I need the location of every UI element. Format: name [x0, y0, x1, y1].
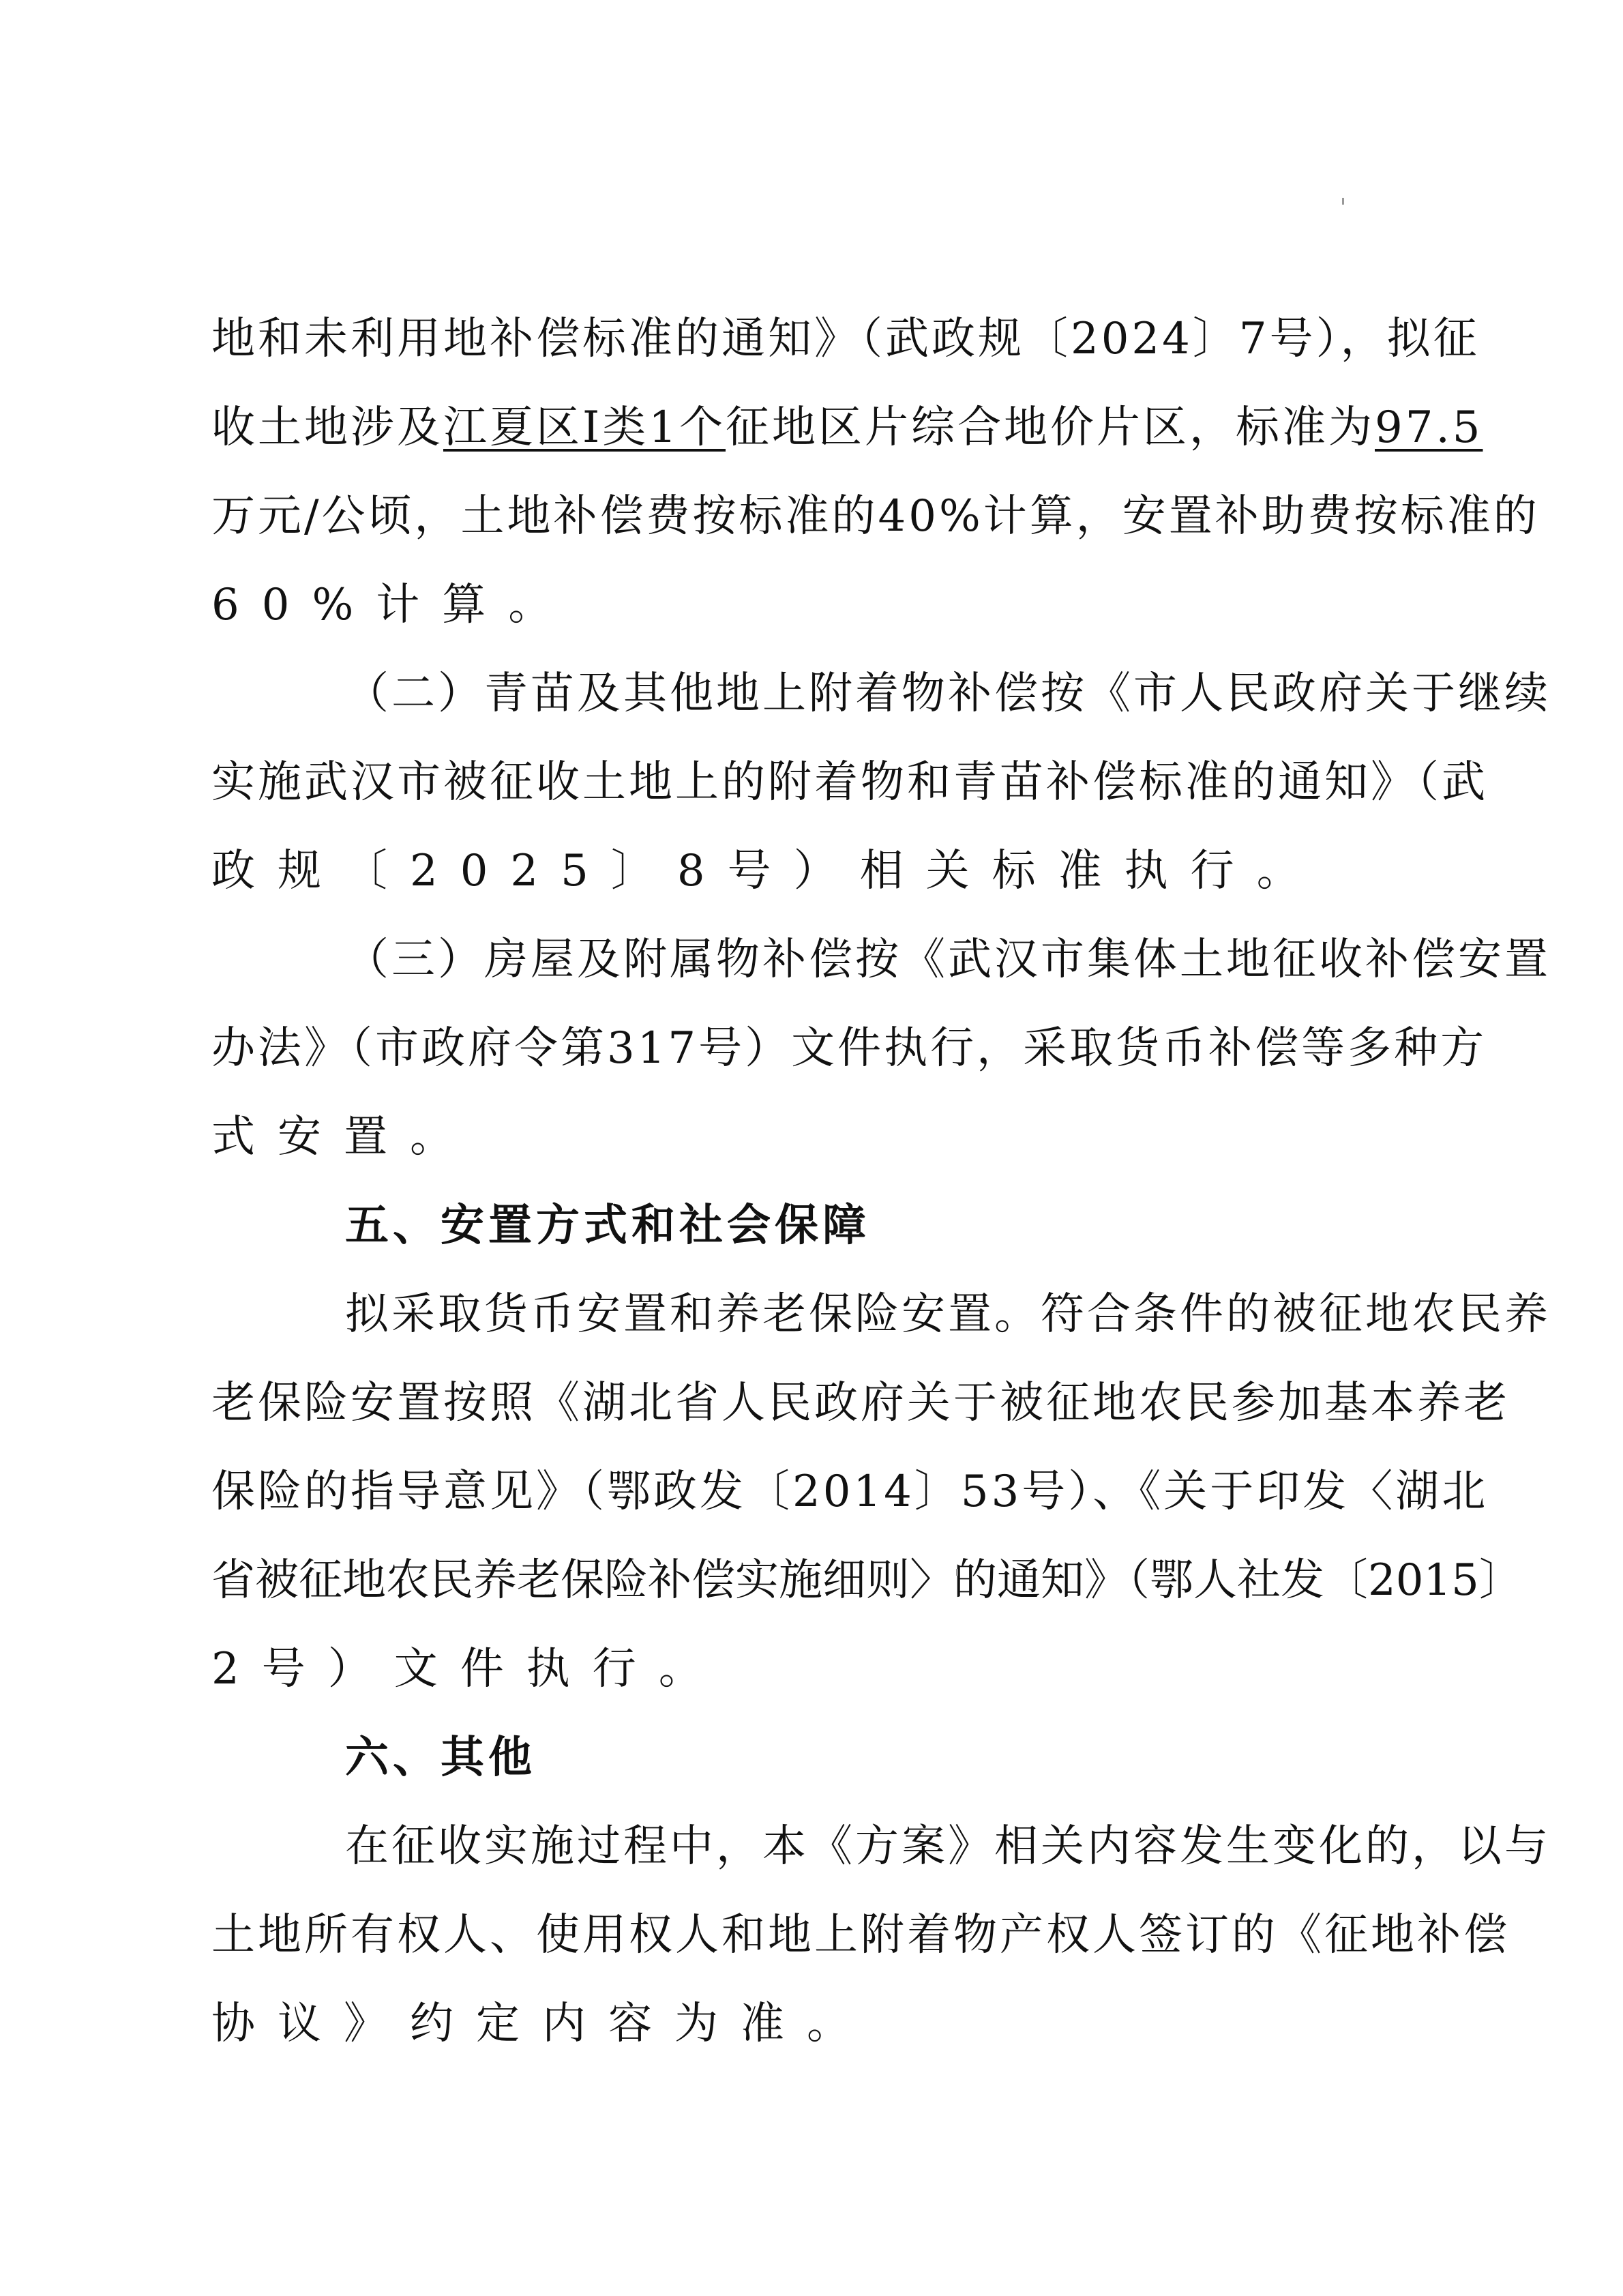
- paragraph-line: （三）房屋及附属物补偿按《武汉市集体土地征收补偿安置: [211, 915, 1424, 1004]
- scan-speck: [1342, 198, 1344, 205]
- paragraph-line: 实施武汉市被征收土地上的附着物和青苗补偿标准的通知》（武: [211, 738, 1424, 827]
- paragraph-line: 老保险安置按照《湖北省人民政府关于被征地农民参加基本养老: [211, 1359, 1424, 1447]
- section-heading-5: 五、安置方式和社会保障: [211, 1181, 1424, 1270]
- line-text: 征地区片综合地价片区，标准为: [726, 402, 1375, 453]
- line-text: 收土地涉及: [211, 402, 443, 453]
- paragraph-line: 政规〔2025〕8号）相关标准执行。: [211, 827, 1424, 915]
- paragraph-line: 2号）文件执行。: [211, 1625, 1424, 1713]
- paragraph-line: 省被征地农民养老保险补偿实施细则〉的通知》（鄂人社发〔2015〕: [211, 1536, 1424, 1625]
- paragraph-line-underlined: 收土地涉及江夏区Ⅰ类1个征地区片综合地价片区，标准为97.5: [211, 383, 1424, 472]
- paragraph-line: 地和未利用地补偿标准的通知》（武政规〔2024〕7号），拟征: [211, 295, 1424, 383]
- paragraph-line: （二）青苗及其他地上附着物补偿按《市人民政府关于继续: [211, 649, 1424, 738]
- section-heading-6: 六、其他: [211, 1713, 1424, 1802]
- paragraph-line: 土地所有权人、使用权人和地上附着物产权人签订的《征地补偿: [211, 1891, 1424, 1979]
- underlined-standard-value: 97.5: [1375, 402, 1483, 453]
- paragraph-line: 保险的指导意见》（鄂政发〔2014〕53号）、《关于印发〈湖北: [211, 1447, 1424, 1536]
- paragraph-line: 在征收实施过程中，本《方案》相关内容发生变化的，以与: [211, 1802, 1424, 1891]
- document-page: 地和未利用地补偿标准的通知》（武政规〔2024〕7号），拟征 收土地涉及江夏区Ⅰ…: [211, 295, 1424, 2068]
- paragraph-line: 式安置。: [211, 1093, 1424, 1181]
- paragraph-line: 办法》（市政府令第317号）文件执行，采取货币补偿等多种方: [211, 1004, 1424, 1093]
- paragraph-line: 60%计算。: [211, 561, 1424, 649]
- underlined-district-text: 江夏区Ⅰ类1个: [443, 402, 726, 453]
- paragraph-line: 拟采取货币安置和养老保险安置。符合条件的被征地农民养: [211, 1270, 1424, 1359]
- paragraph-line: 万元/公顷，土地补偿费按标准的40%计算，安置补助费按标准的: [211, 472, 1424, 561]
- scan-speck: [956, 1569, 958, 1576]
- paragraph-line: 协议》约定内容为准。: [211, 1979, 1424, 2068]
